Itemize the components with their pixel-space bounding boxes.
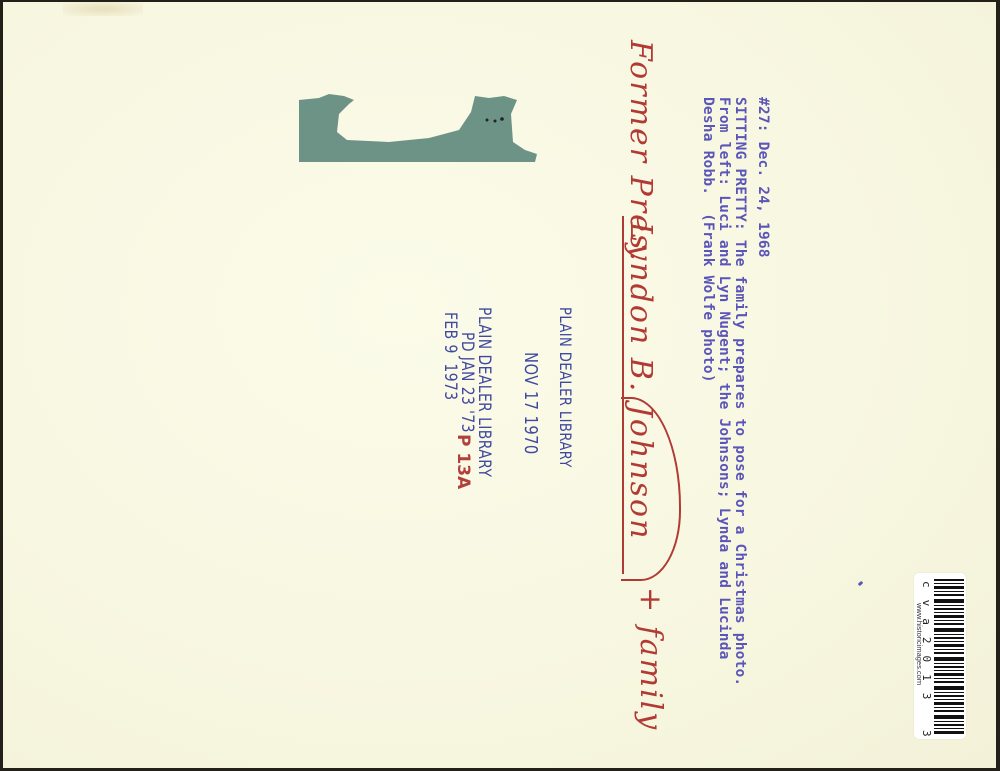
stamp-library-header: PLAIN DEALER LIBRARY: [556, 307, 575, 468]
caption-line-4: Desha Robb. (Frank Wolfe photo): [700, 97, 716, 383]
handwriting-circle: [621, 397, 681, 581]
barcode-label: cva2013 3 www.historicimages.com: [914, 573, 966, 739]
stamp-library-name: PLAIN DEALER LIBRARY: [474, 307, 494, 477]
caption-line-3: From left: Luci and Lyn Nugent; the John…: [716, 97, 732, 660]
stamp-pd-date: PD JAN 23 '73: [457, 332, 477, 433]
photo-back-paper: #27: Dec. 24, 1968 SITTING PRETTY: The f…: [3, 2, 996, 768]
handwriting-family: + family: [633, 587, 668, 731]
barcode-url: www.historicimages.com: [915, 603, 924, 685]
stamp-feb-date: FEB 9 1973: [440, 312, 460, 401]
age-stain: [63, 2, 143, 16]
tape-residue: [299, 92, 537, 164]
stamp-date-received: NOV 17 1970: [520, 352, 541, 455]
barcode-icon: [934, 577, 964, 735]
ink-fleck: [858, 581, 864, 587]
stamp-file-code: P 13A: [453, 434, 473, 489]
caption-date-line: #27: Dec. 24, 1968: [755, 97, 771, 258]
caption-line-2: SITTING PRETTY: The family prepares to p…: [732, 97, 748, 686]
